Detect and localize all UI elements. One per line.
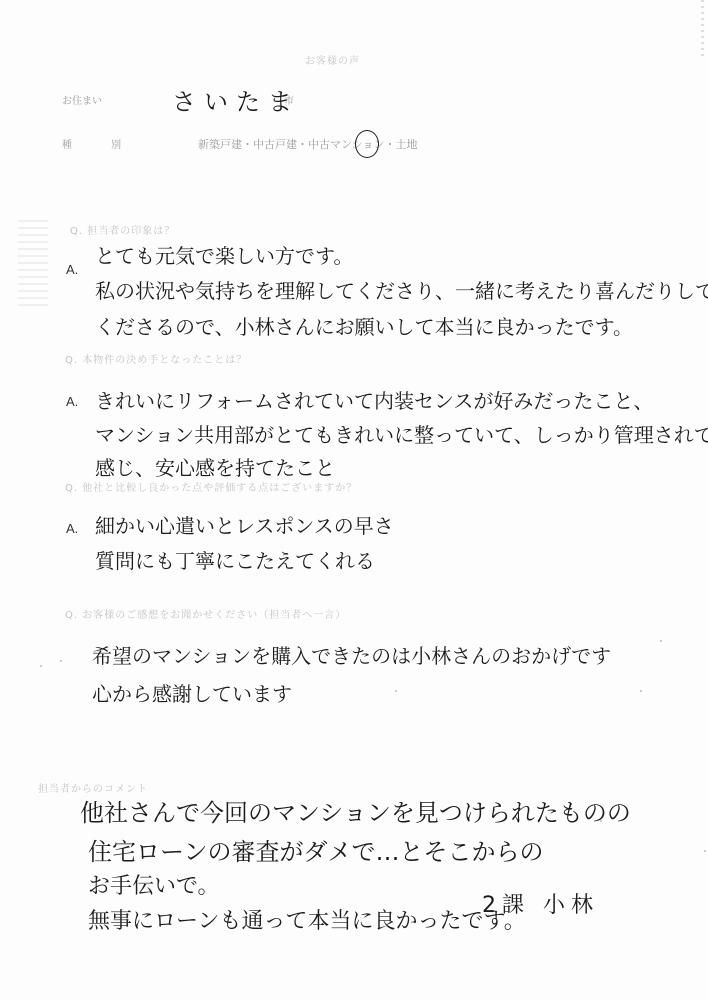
question-3: Q. 他社と比較し良かった点や評価する点はございますか？ <box>65 479 357 494</box>
answer-5-line-4: 無事にローンも通って本当に良かったです。 <box>88 904 526 935</box>
question-4: Q. お客様のご感想をお聞かせください（担当者へ一言） <box>65 606 346 621</box>
type-label: 種 別 <box>62 136 139 151</box>
question-1: Q. 担当者の印象は？ <box>70 222 175 237</box>
answer-2-line-1: きれいにリフォームされていて内装センスが好みだったこと、 <box>95 385 653 414</box>
selected-option-circle <box>355 130 379 158</box>
signature: 2課 小林 <box>482 888 599 919</box>
area-label: お住まい <box>62 92 102 107</box>
scan-noise <box>18 220 48 310</box>
scan-speck <box>704 850 706 852</box>
scan-speck <box>660 640 662 642</box>
type-options: 新築戸建・中古戸建・中古マンション・土地 <box>198 136 418 152</box>
answer-1-line-1: とても元気で楽しい方です。 <box>95 240 353 269</box>
answer-1-line-2: 私の状況や気持ちを理解してくださり、一緒に考えたり喜んだりして <box>95 275 708 304</box>
scan-noise <box>701 0 704 60</box>
answer-5-line-2: 住宅ローンの審査がダメで…とそこからの <box>88 832 544 867</box>
answer-2-line-3: 感じ、安心感を持てたこと <box>95 452 335 481</box>
area-suffix: 市 <box>284 92 294 107</box>
scanned-survey-page: お客様の声 お住まい さいたま 市 種 別 新築戸建・中古戸建・中古マンション・… <box>0 0 708 1000</box>
scan-speck <box>60 660 62 662</box>
answer-1-line-3: くださるので、小林さんにお願いして本当に良かったです。 <box>95 311 633 340</box>
answer-3-line-2: 質問にも丁寧にこたえてくれる <box>95 545 375 574</box>
answer-marker-2: A. <box>66 394 78 409</box>
header-title: お客様の声 <box>305 52 360 67</box>
answer-2-line-2: マンション共用部がとてもきれいに整っていて、しっかり管理されていると <box>95 419 708 448</box>
answer-marker-3: A. <box>66 521 78 536</box>
answer-4-line-1: 希望のマンションを購入できたのは小林さんのおかげです <box>92 640 611 669</box>
answer-5-line-3: お手伝いで。 <box>88 869 220 900</box>
area-value: さいたま <box>172 82 300 117</box>
scan-speck <box>395 690 397 692</box>
question-2: Q. 本物件の決め手となったことは？ <box>65 351 247 366</box>
answer-marker-1: A. <box>66 262 78 277</box>
scan-speck <box>640 690 642 692</box>
scan-speck <box>40 665 42 667</box>
scan-speck <box>600 820 602 822</box>
answer-5-line-1: 他社さんで今回のマンションを見つけられたものの <box>80 793 631 828</box>
answer-4-line-2: 心から感謝しています <box>92 678 292 707</box>
answer-3-line-1: 細かい心遣いとレスポンスの早さ <box>95 510 394 539</box>
